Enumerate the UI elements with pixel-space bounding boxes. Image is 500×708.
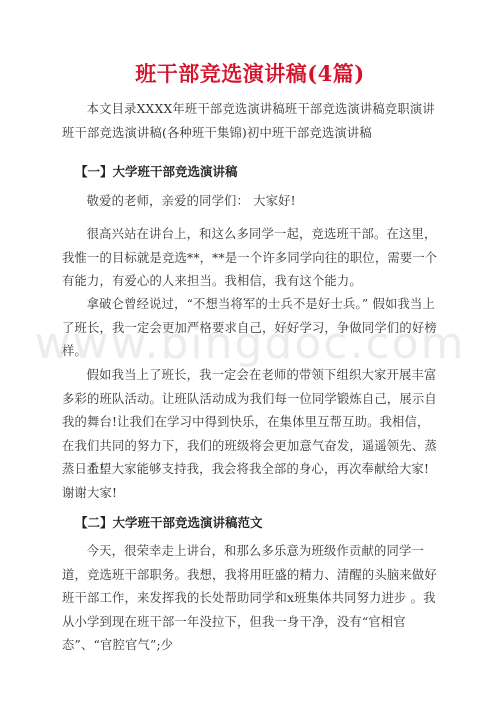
section-heading-2: 【二】大学班干部竞选演讲稿范文 [75, 513, 263, 531]
paragraph: 希望大家能够支持我，我会将我全部的身心，再次奉献给大家! 谢谢大家! [62, 458, 440, 505]
paragraph: 敬爱的老师，亲爱的同学们： 大家好! [62, 190, 440, 214]
paragraph: 很高兴站在讲台上，和这么多同学一起，竞选班干部。在这里，我惟一的目标就是竞选**… [62, 223, 440, 294]
document-title: 班干部竞选演讲稿(4篇) [0, 58, 500, 88]
paragraph: 今天，很荣幸走上讲台，和那么多乐意为班级作贡献的同学一道，竞选班干部职务。我想，… [62, 540, 440, 658]
paragraph: 拿破仑曾经说过，“不想当将军的士兵不是好士兵。” 假如我当上了班长，我一定会更加… [62, 293, 440, 364]
section-heading-1: 【一】大学班干部竞选演讲稿 [75, 162, 238, 180]
table-of-contents: 本文目录XXXX年班干部竞选演讲稿班干部竞选演讲稿竞职演讲班干部竞选演讲稿(各种… [62, 98, 440, 145]
document-page: 班干部竞选演讲稿(4篇) 本文目录XXXX年班干部竞选演讲稿班干部竞选演讲稿竞职… [0, 0, 500, 708]
